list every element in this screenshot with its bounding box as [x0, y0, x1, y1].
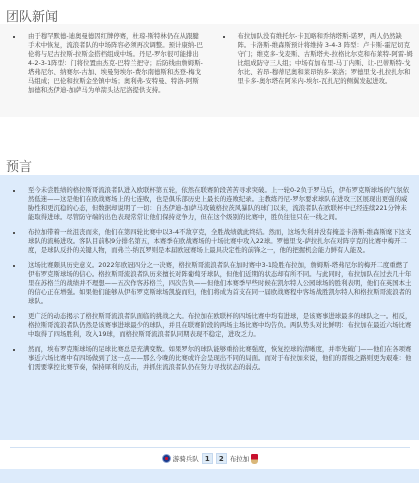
- prediction-item: 更广泛的动态揭示了格拉斯哥流浪者队面临的挑战之大。布拉加在欧联杯的四场比赛中均有…: [6, 312, 413, 339]
- team-news-title: 团队新闻: [0, 0, 419, 24]
- prediction-item: 布拉加带着一丝沮丧而来，他们在第四轮比赛中以3-4不敌亨克，全胜战绩就此终结。然…: [6, 228, 413, 255]
- team-news-item: 布拉加队没有维托尔-卡瓦略和乔纳塔斯-诺罗，两人仍然缺阵。卡洛斯-维森斯预计将维…: [216, 32, 414, 86]
- prediction-title: 预言: [0, 150, 38, 174]
- team-news-away-column: 布拉加队没有维托尔-卡瓦略和乔纳塔斯-诺罗，两人仍然缺阵。卡洛斯-维森斯预计将维…: [210, 24, 419, 117]
- predicted-score-bar: 游骑兵队 1 2 布拉加: [10, 447, 410, 469]
- away-score: 2: [216, 453, 227, 464]
- braga-crest-icon: [251, 454, 258, 464]
- prediction-item: 至今未尝胜绩的格拉斯哥流浪者队进入欧联杯第五轮，依然在联赛阶段苦苦寻求突破。上一…: [6, 186, 413, 222]
- prediction-item: 这场比赛颇具历史意义。2022年欧冠四分之一决赛，格拉斯哥流浪者队在加时赛中3-…: [6, 261, 413, 306]
- prediction-item: 然而，埃布罗克斯球场的足球比赛总是充满变数。如果罗尔的球队能够重拾比赛强度，恢复…: [6, 345, 413, 372]
- away-team-name: 布拉加: [230, 454, 250, 463]
- rangers-crest-icon: [162, 454, 171, 463]
- home-team-name: 游骑兵队: [173, 454, 199, 463]
- prediction-box: 至今未尝胜绩的格拉斯哥流浪者队进入欧联杯第五轮，依然在联赛阶段苦苦寻求突破。上一…: [0, 175, 419, 440]
- team-news-box: 由于穆罕默德-迪奥曼德因红牌停赛，杜琼-斯特林仍在从跟腱手术中恢复，流浪者队的中…: [0, 24, 419, 117]
- away-team: 布拉加: [230, 454, 259, 464]
- team-news-home-column: 由于穆罕默德-迪奥曼德因红牌停赛，杜琼-斯特林仍在从跟腱手术中恢复，流浪者队的中…: [0, 24, 210, 117]
- prediction-box-footer: [0, 469, 419, 483]
- team-news-item: 由于穆罕默德-迪奥曼德因红牌停赛，杜琼-斯特林仍在从跟腱手术中恢复，流浪者队的中…: [6, 32, 204, 95]
- home-team: 游骑兵队: [162, 454, 199, 463]
- home-score: 1: [202, 453, 213, 464]
